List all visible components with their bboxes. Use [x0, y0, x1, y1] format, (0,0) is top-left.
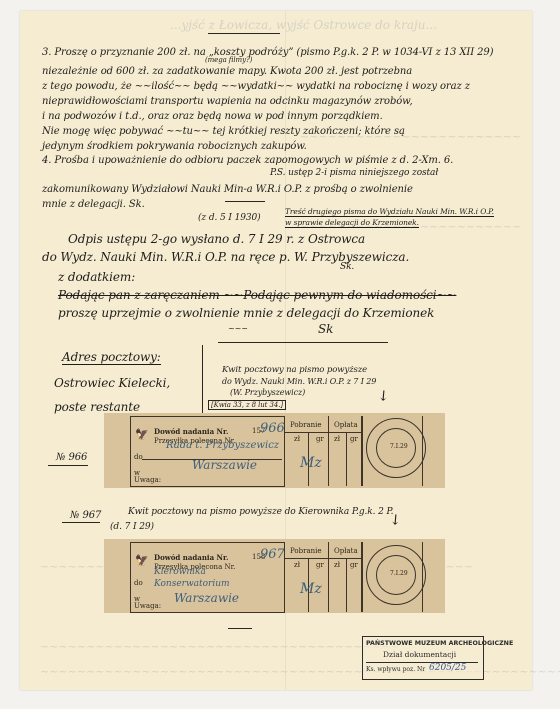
accession-label: Ks. wpływu poz. Nr: [366, 666, 425, 673]
postmark-date: 7.I.29: [390, 443, 408, 450]
receipt1-note-2: do Wydz. Nauki Min. W.R.i O.P. z 7 I 29: [222, 377, 376, 386]
addressee: Rada t. Przybyszewicz: [166, 440, 279, 451]
address-line-1: Ostrowiec Kielecki,: [54, 376, 170, 390]
para-3-line-5: i na podwozów i t.d., oraz oraz będą now…: [42, 111, 383, 122]
accession-number: 6205/25: [429, 663, 466, 673]
cod-label: Pobranie: [290, 421, 322, 429]
receipt1-note-4: [Kwia 33, z 8 lut 34.]: [208, 400, 286, 410]
city: Warszawie: [192, 458, 257, 472]
addressee: Kierownika Konserwatorium: [154, 566, 274, 590]
para-4-line-3: mnie z delegacji. Sk.: [42, 199, 145, 210]
struck-line: Podając pan z zaręczaniem ~~Podając pewn…: [58, 288, 456, 302]
divider-2: [218, 342, 388, 343]
eagle-emblem-icon: 🦅: [135, 554, 149, 567]
department: Dział dokumentacji: [383, 650, 456, 659]
separator: [202, 345, 203, 415]
address-line-2: poste restante: [54, 400, 140, 414]
receipt-number: 966: [260, 421, 285, 436]
para-3-line-4: nieprawidłowościami transportu wapienia …: [42, 96, 413, 107]
city: Warszawie: [174, 591, 239, 605]
request-release-line: proszę uprzejmie o zwolnienie mnie z del…: [58, 306, 434, 320]
right-note-2: w sprawie delegacji do Krzemionek.: [285, 218, 419, 228]
fee-label: Opłata: [334, 421, 358, 429]
para-3-line-7: jedynym środkiem pokrywania robociznych …: [42, 141, 307, 152]
museum-archive-stamp: PAŃSTWOWE MUZEUM ARCHEOLOGICZNE Dział do…: [362, 636, 484, 680]
receipt-number: 967: [260, 547, 285, 562]
remarks-label: Uwaga:: [134, 602, 161, 610]
postal-receipt-1: 🦅 Dowód nadania Nr. 157 966 Przesyłka po…: [104, 413, 445, 488]
eagle-emblem-icon: 🦅: [135, 428, 149, 441]
divider: [225, 201, 265, 202]
to-label: do: [134, 579, 143, 587]
receipt2-date: (d. 7 I 29): [110, 522, 154, 532]
museum-name: PAŃSTWOWE MUZEUM ARCHEOLOGICZNE: [366, 640, 513, 647]
para-3-line-6: Nie mogę więc pobywać ~~tu~~ tej krótkie…: [42, 126, 405, 137]
cod-label: Pobranie: [290, 547, 322, 555]
copy-sent-line-1: Odpis ustępu 2-go wysłano d. 7 I 29 r. z…: [68, 232, 365, 246]
signature-sk-2: Sk: [318, 322, 333, 336]
date-note: (z d. 5 I 1930): [198, 213, 261, 223]
insertion-note: (mega filmy?): [205, 56, 252, 64]
with-addendum: z dodatkiem:: [58, 270, 135, 284]
fee-label: Opłata: [334, 547, 358, 555]
top-rule: [208, 33, 280, 34]
para-3-line-1: 3. Proszę o przyznanie 200 zł. na „koszt…: [42, 47, 493, 58]
number-966: № 966: [56, 452, 87, 463]
para-3-line-3: z tego powodu, że ~~ilość~~ będą ~~wydat…: [42, 81, 470, 92]
postscript-insert: P.S. ustęp 2-i pisma niniejszego został: [270, 168, 438, 178]
para-4-line-2: zakomunikowany Wydziałowi Nauki Min-a W.…: [42, 184, 413, 195]
receipt-title: Dowód nadania Nr.: [154, 553, 228, 562]
clerk-signature: Mz: [300, 455, 322, 471]
remarks-label: Uwaga:: [134, 476, 161, 484]
postmark-date: 7.I.29: [390, 570, 408, 577]
number-967: № 967: [70, 510, 101, 521]
bleed-through: ~~~~~~~~~~~~~~~~~~~~~~~~~~~~~~~~~~~~~~~: [40, 640, 399, 653]
postal-receipt-2: 🦅 Dowód nadania Nr. 158 967 Przesyłka po…: [104, 539, 445, 613]
para-4-line-1: 4. Prośba i upoważnienie do odbioru pacz…: [42, 155, 453, 166]
para-3-line-2: niezależnie od 600 zł. za zadatkowanie m…: [42, 66, 412, 77]
address-label: Adres pocztowy:: [62, 350, 161, 365]
signature-sk: Sk.: [340, 262, 354, 272]
right-note-1: Treść drugiego pisma do Wydziału Nauki M…: [285, 207, 494, 217]
receipt1-note-3: (W. Przybyszewicz): [230, 388, 305, 397]
bleed-through-header: ...yjść z Łowicza, wyjść Ostrowce do kra…: [170, 18, 437, 32]
receipt1-note-1: Kwit pocztowy na pismo powyższe: [222, 365, 367, 375]
scribble: ~~~: [228, 324, 248, 333]
receipt-title: Dowód nadania Nr.: [154, 427, 228, 436]
receipt2-note: Kwit pocztowy na pismo powyższe do Kiero…: [128, 507, 393, 517]
clerk-signature: Mz: [300, 581, 322, 597]
